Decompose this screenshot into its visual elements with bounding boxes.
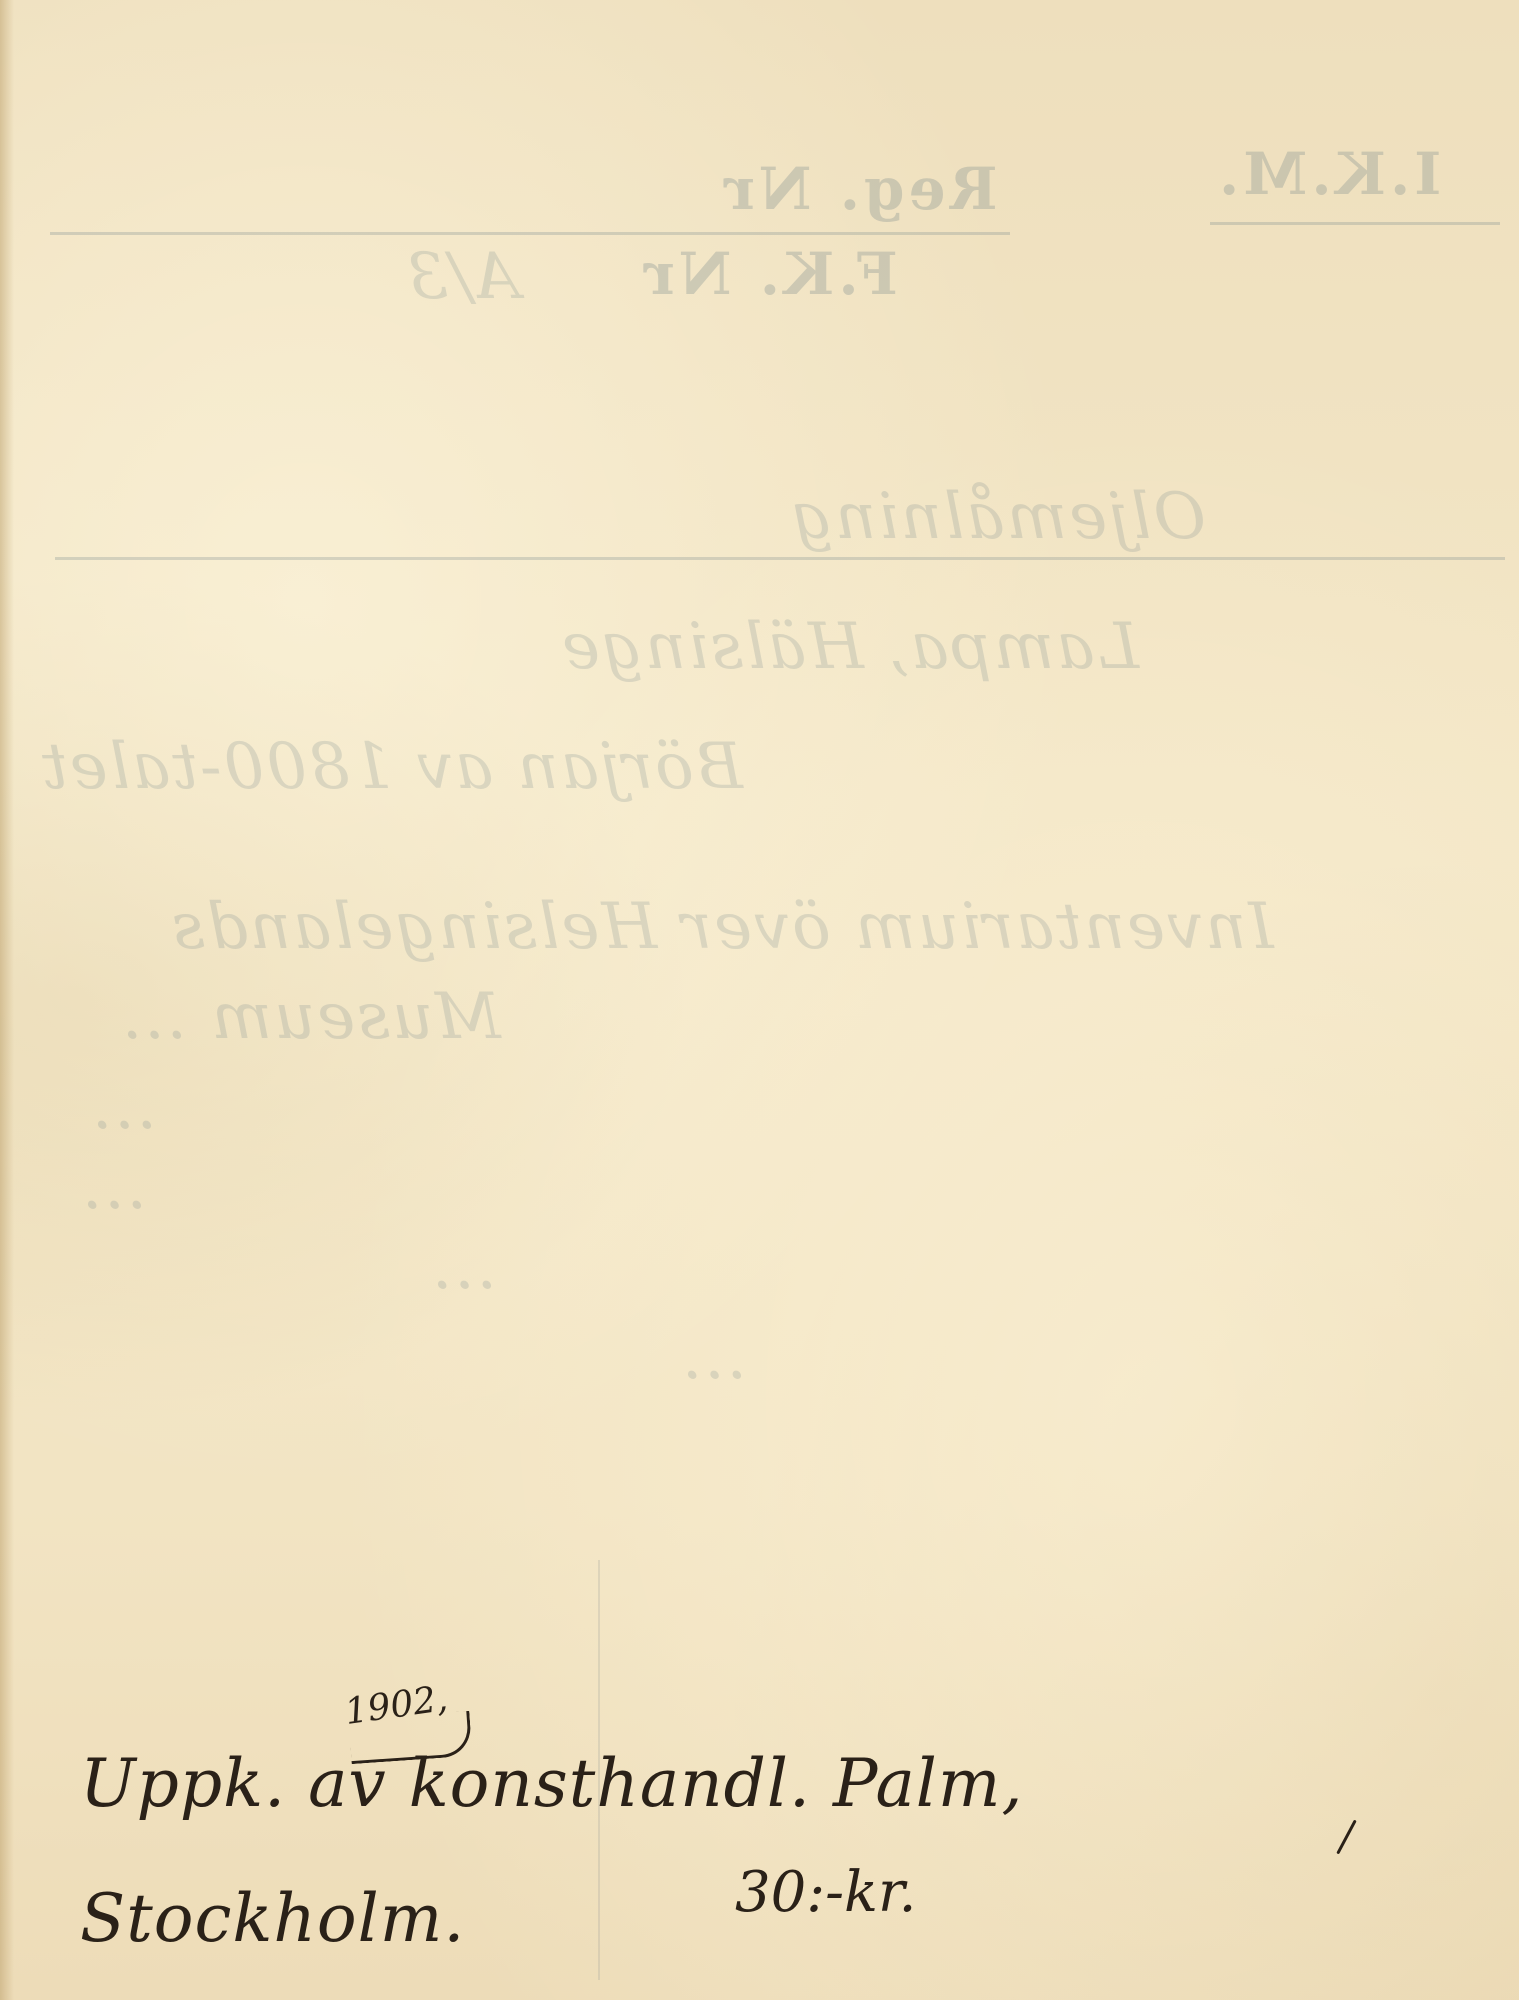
note-line-city: Stockholm. (80, 1880, 465, 1957)
note-price: 30:-kr. (735, 1860, 916, 1925)
note-line-acquired-from: Uppk. av konsthandl. Palm, (80, 1745, 1023, 1822)
paper-background (0, 0, 1519, 2000)
paper-edge-shadow (0, 0, 14, 2000)
